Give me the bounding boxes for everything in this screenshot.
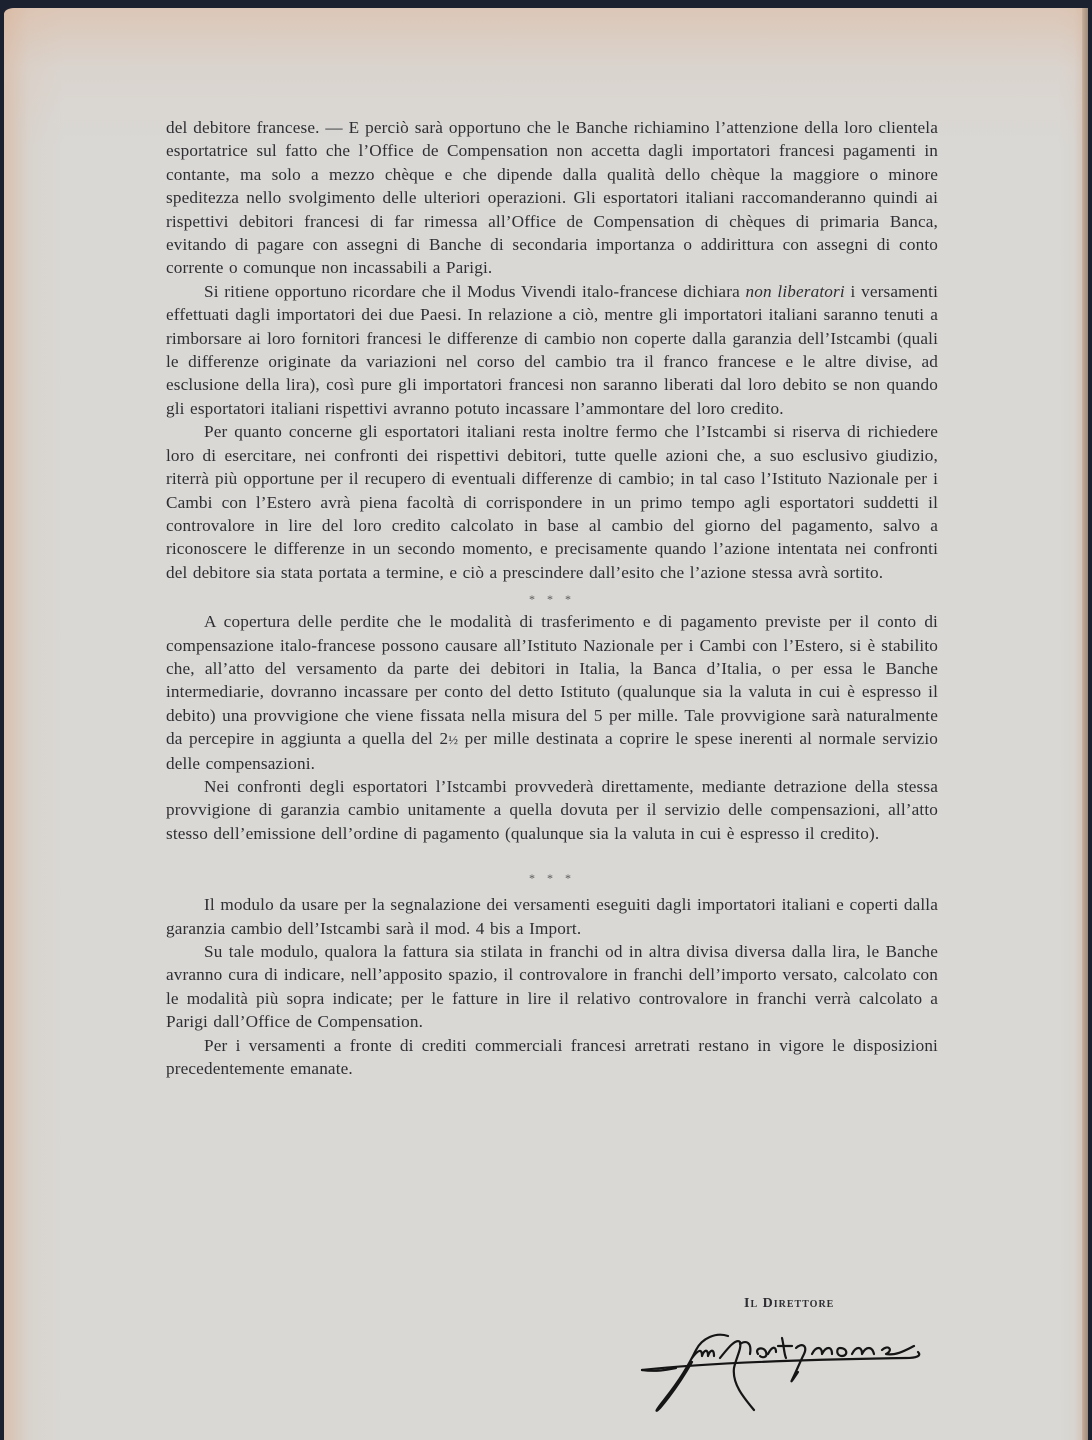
paragraph-2: Si ritiene opportuno ricordare che il Mo… [166, 280, 938, 420]
paragraph-4-text-before: A copertura delle perdite che le modalit… [166, 612, 938, 748]
paragraph-4: A copertura delle perdite che le modalit… [166, 610, 938, 775]
paragraph-6: Il modulo da usare per la segnalazione d… [166, 893, 938, 940]
section-separator-2: * * * [166, 845, 938, 893]
handwritten-signature-icon [636, 1328, 926, 1418]
paragraph-1: del debitore francese. — E perciò sarà o… [166, 116, 938, 280]
section-separator-1: * * * [166, 584, 938, 610]
paragraph-8: Per i versamenti a fronte di crediti com… [166, 1034, 938, 1081]
paragraph-7: Su tale modulo, qualora la fattura sia s… [166, 940, 938, 1034]
paragraph-5: Nei confronti degli esportatori l’Istcam… [166, 775, 938, 845]
paragraph-2-text-before: Si ritiene opportuno ricordare che il Mo… [204, 282, 746, 301]
scanned-page-background: del debitore francese. — E perciò sarà o… [0, 0, 1092, 1440]
paragraph-2-text-after: i versamenti effettuati dagli importator… [166, 282, 938, 418]
paragraph-3: Per quanto concerne gli esportatori ital… [166, 420, 938, 584]
paragraph-4-fraction: ½ [448, 732, 458, 747]
signature-title: Il Direttore [744, 1296, 834, 1312]
document-body: del debitore francese. — E perciò sarà o… [166, 116, 938, 1080]
paragraph-2-italic-term: non liberatori [746, 282, 845, 301]
